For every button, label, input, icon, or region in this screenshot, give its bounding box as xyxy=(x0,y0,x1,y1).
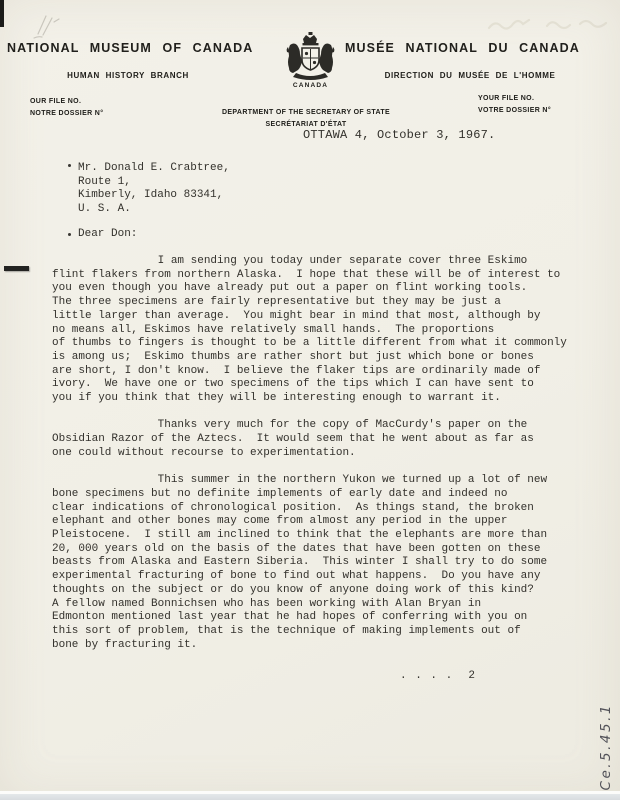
branch-name-english: HUMAN HISTORY BRANCH xyxy=(20,71,236,80)
letter-body: I am sending you today under separate co… xyxy=(52,255,567,666)
scan-edge-dash-artifact xyxy=(4,266,29,271)
scan-corner-artifact xyxy=(0,0,4,27)
branch-name-french: DIRECTION DU MUSÉE DE L'HOMME xyxy=(345,71,595,80)
typed-dot-mark xyxy=(68,233,71,236)
scanned-letter-page: NATIONAL MUSEUM OF CANADA HUMAN HISTORY … xyxy=(0,0,620,800)
typed-dot-mark xyxy=(68,164,71,167)
salutation: Dear Don: xyxy=(78,228,137,242)
paragraph-1: I am sending you today under separate co… xyxy=(52,255,567,406)
dateline: OTTAWA 4, October 3, 1967. xyxy=(303,128,495,142)
page-continuation-marker: . . . . 2 xyxy=(400,670,476,682)
recipient-address: Mr. Donald E. Crabtree,Route 1,Kimberly,… xyxy=(78,162,230,217)
handwritten-catalog-number: Ce.5.45.1 xyxy=(598,703,614,790)
scan-bottom-shadow xyxy=(0,794,620,800)
department-label: DEPARTMENT OF THE SECRETARY OF STATE SEC… xyxy=(206,107,406,130)
canada-coat-of-arms-icon xyxy=(284,31,337,81)
paragraph-2: Thanks very much for the copy of MacCurd… xyxy=(52,419,567,460)
org-name-french: MUSÉE NATIONAL DU CANADA xyxy=(345,41,580,55)
your-file-no-label: YOUR FILE NO. VOTRE DOSSIER N° xyxy=(478,93,551,116)
paragraph-3: This summer in the northern Yukon we tur… xyxy=(52,474,567,652)
crest-caption: CANADA xyxy=(284,82,337,89)
faint-handwriting-smudge xyxy=(485,12,610,38)
org-name-english: NATIONAL MUSEUM OF CANADA xyxy=(7,41,253,55)
our-file-no-label: OUR FILE NO. NOTRE DOSSIER N° xyxy=(30,96,103,119)
